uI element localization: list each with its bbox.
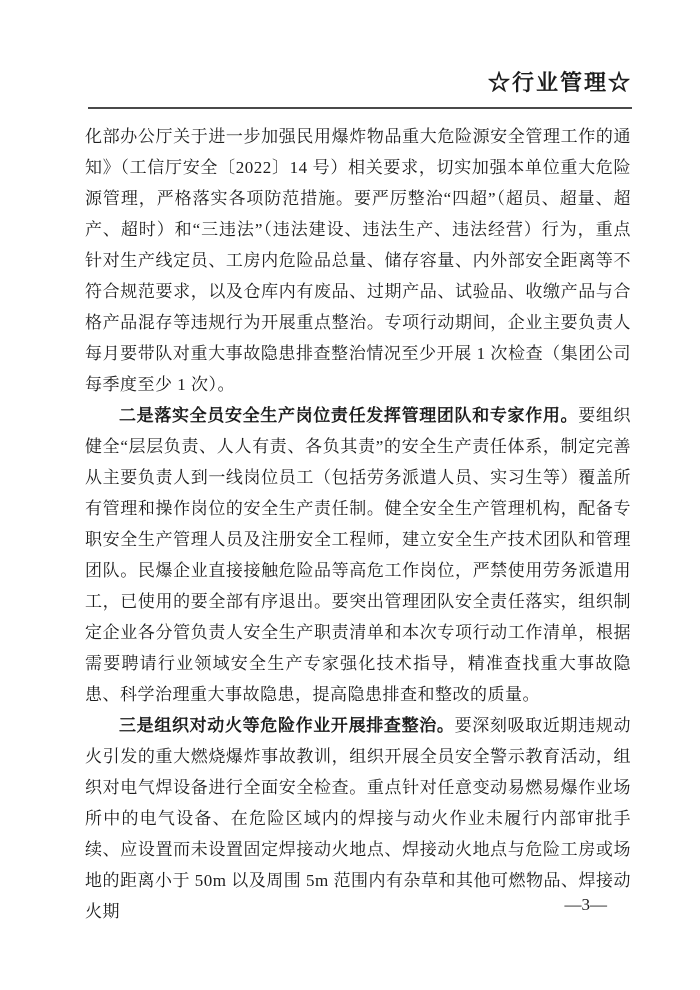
paragraph-lead-bold: 三是组织对动火等危险作业开展排查整治。 bbox=[119, 716, 455, 735]
document-page: ☆行业管理☆ 化部办公厅关于进一步加强民用爆炸物品重大危险源安全管理工作的通知》… bbox=[0, 0, 700, 990]
header-divider bbox=[88, 107, 632, 109]
paragraph-text: 要深刻吸取近期违规动火引发的重大燃烧爆炸事故教训，组织开展全员安全警示教育活动，… bbox=[85, 716, 631, 921]
paragraph: 二是落实全员安全生产岗位责任发挥管理团队和专家作用。要组织健全“层层负责、人人有… bbox=[85, 400, 631, 710]
paragraph: 化部办公厅关于进一步加强民用爆炸物品重大危险源安全管理工作的通知》（工信厅安全〔… bbox=[85, 121, 631, 400]
page-number: —3— bbox=[85, 894, 607, 916]
document-body: 化部办公厅关于进一步加强民用爆炸物品重大危险源安全管理工作的通知》（工信厅安全〔… bbox=[85, 121, 631, 927]
paragraph-text: 化部办公厅关于进一步加强民用爆炸物品重大危险源安全管理工作的通知》（工信厅安全〔… bbox=[85, 127, 631, 394]
section-title: ☆行业管理☆ bbox=[88, 70, 632, 96]
paragraph-text: 要组织健全“层层负责、人人有责、各负其责”的安全生产责任体系，制定完善从主要负责… bbox=[85, 406, 631, 704]
paragraph-lead-bold: 二是落实全员安全生产岗位责任发挥管理团队和专家作用。 bbox=[119, 406, 578, 425]
